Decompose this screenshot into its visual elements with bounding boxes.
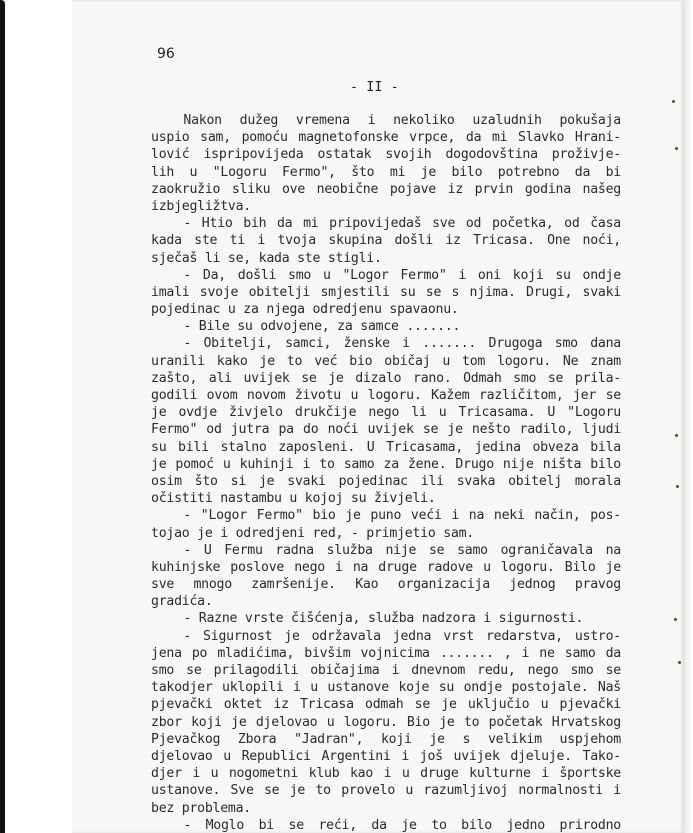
body-text: Nakon dužeg vremena i nekoliko uzaludnih…: [151, 112, 621, 833]
text-line: takodjer uklopili i u ustanove koje su o…: [151, 679, 621, 696]
text-line: bez problema.: [151, 800, 621, 817]
text-line: jena po mladićima, bivšim vojnicima ....…: [151, 645, 621, 662]
text-line: uspio sam, pomoću magnetofonske vrpce, d…: [151, 129, 621, 146]
text-line: tojao je i odredjeni red, - primjetio sa…: [151, 525, 621, 542]
text-line: zašto, ali uvijek se je dizalo rano. Odm…: [151, 370, 621, 387]
text-line: kuhinjske poslove nego i na druge radove…: [151, 559, 621, 576]
text-line: sve mnogo zamršenije. Kao organizacija j…: [151, 576, 621, 593]
text-line: zaokružio sliku ove neobične pojave iz p…: [151, 181, 621, 198]
text-line: - Da, došli smo u "Logor Fermo" i oni ko…: [151, 267, 621, 284]
text-line: Nakon dužeg vremena i nekoliko uzaludnih…: [151, 112, 621, 129]
text-line: - Sigurnost je održavala jedna vrst reda…: [151, 628, 621, 645]
text-line: Fermo" od jutra pa do noći uvijek se je …: [151, 421, 621, 438]
text-line: sječaš li se, kada ste stigli.: [151, 250, 621, 267]
text-line: je pomoć u kuhinji i to samo za žene. Dr…: [151, 456, 621, 473]
text-line: - "Logor Fermo" bio je puno veći i na ne…: [151, 507, 621, 524]
text-line: djer i u nogometni klub kao i u druge ku…: [151, 765, 621, 782]
text-line: ustanove. Sve se je to provelo u razumlj…: [151, 782, 621, 799]
scan-right-edge: [684, 0, 693, 833]
text-line: - Razne vrste čišćenja, služba nadzora i…: [151, 610, 621, 627]
text-line: izbjegližtva.: [151, 198, 621, 215]
text-line: zbor koji je djelovao u logoru. Bio je t…: [151, 714, 621, 731]
text-line: kada ste ti i tvoja skupina došli iz Tri…: [151, 232, 621, 249]
margin-speck: [672, 100, 675, 103]
margin-speck: [676, 485, 679, 488]
text-line: uranili kako je to već bio običaj u tom …: [151, 353, 621, 370]
text-line: djelovao u Republici Argentini i još uvi…: [151, 748, 621, 765]
text-line: osim što si je svaki pojedinac ili svaka…: [151, 473, 621, 490]
text-line: pjevački oktet iz Tricasa odmah se je uk…: [151, 696, 621, 713]
margin-speck: [675, 147, 678, 150]
text-line: pojedinac u za njega odredjenu spavaonu.: [151, 301, 621, 318]
margin-speck: [674, 618, 677, 621]
text-line: - U Fermu radna služba nije se samo ogra…: [151, 542, 621, 559]
text-line: - Htio bih da mi pripovijedaš sve od poč…: [151, 215, 621, 232]
chapter-heading: - II -: [350, 79, 399, 95]
text-line: imali svoje obitelji smjestili su se s n…: [151, 284, 621, 301]
scan-left-edge: [0, 0, 5, 833]
text-line: - Obitelji, samci, ženske i ....... Drug…: [151, 335, 621, 352]
text-line: - Bile su odvojene, za samce .......: [151, 318, 621, 335]
text-line: lih u "Logoru Fermo", što mi je bilo pot…: [151, 164, 621, 181]
text-line: Pjevačkog Zbora "Jadran", koji je s veli…: [151, 731, 621, 748]
text-line: gradića.: [151, 593, 621, 610]
text-line: je ovdje živjelo drukčije nego li u Tric…: [151, 404, 621, 421]
margin-speck: [678, 661, 681, 664]
page-number: 96: [157, 46, 175, 62]
text-line: očistiti nastambu u kojoj su živjeli.: [151, 490, 621, 507]
text-line: lović ispripovijeda ostatak svojih dogod…: [151, 146, 621, 163]
text-line: su bili stalno zaposleni. U Tricasama, j…: [151, 439, 621, 456]
text-line: godili ovom novom životu u logoru. Kažem…: [151, 387, 621, 404]
text-line: smo se prilagodili običajima i dnevnom r…: [151, 662, 621, 679]
text-line: - Moglo bi se reći, da je to bilo jedno …: [151, 817, 621, 833]
